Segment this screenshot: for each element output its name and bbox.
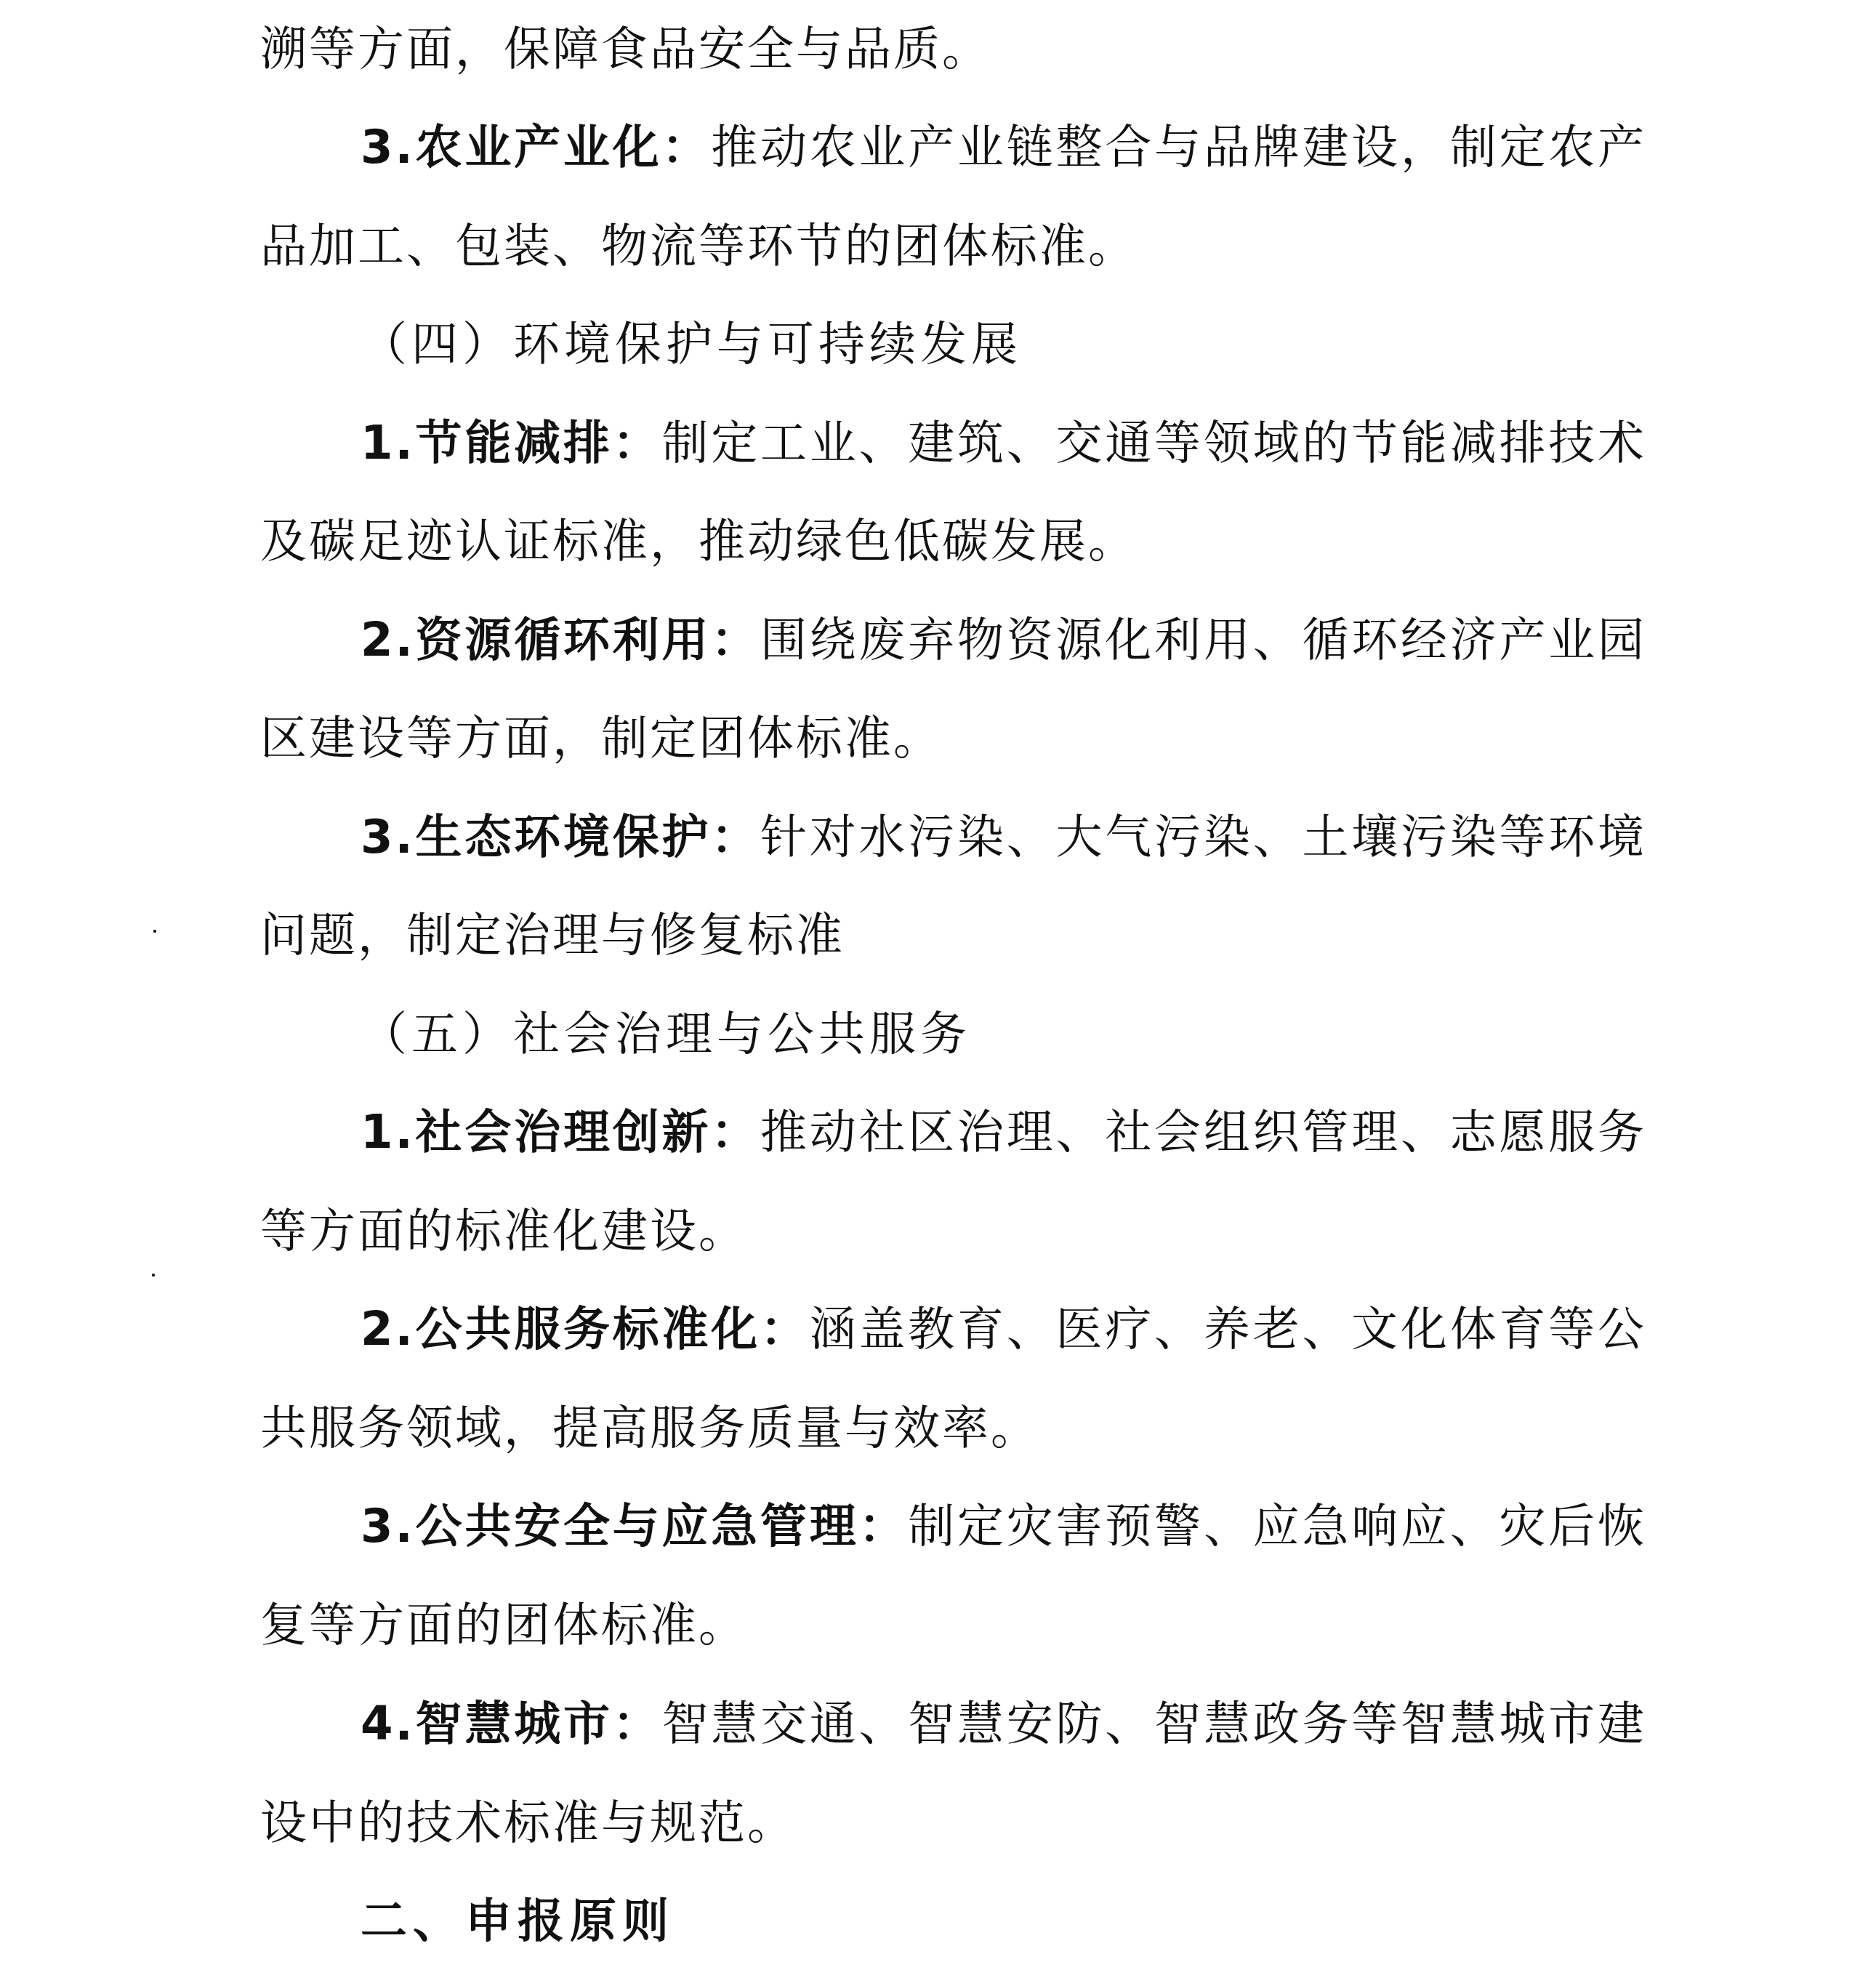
body-text: 制定工业、建筑、交通等领域的节能减排技术 [661, 417, 1646, 470]
list-item-resource-recycling: 2.资源循环利用：围绕废弃物资源化利用、循环经济产业园 [260, 604, 1646, 677]
paragraph-line: 设中的技术标准与规范。 [260, 1787, 1646, 1860]
body-text: 涵盖教育、医疗、养老、文化体育等公 [810, 1303, 1646, 1356]
paragraph-line: 问题，制定治理与修复标准 [260, 899, 1646, 972]
paragraph-line: 区建设等方面，制定团体标准。 [260, 702, 1646, 775]
list-item-public-service: 2.公共服务标准化：涵盖教育、医疗、养老、文化体育等公 [260, 1293, 1646, 1366]
item-lead: 2.资源循环利用： [361, 614, 760, 667]
item-lead: 2.公共服务标准化： [361, 1303, 810, 1356]
body-text: 溯等方面，保障食品安全与品质。 [260, 23, 991, 76]
body-text: 共服务领域，提高服务质量与效率。 [260, 1402, 1039, 1455]
chapter-title: 二、申报原则 [361, 1894, 675, 1948]
body-text: 针对水污染、大气污染、土壤污染等环境 [760, 811, 1646, 864]
item-lead: 3.生态环境保护： [361, 811, 760, 864]
chapter-heading-2: 二、申报原则 [260, 1885, 1646, 1958]
body-text: 智慧交通、智慧安防、智慧政务等智慧城市建 [661, 1697, 1646, 1751]
section-title: （四）环境保护与可持续发展 [361, 318, 1022, 371]
paragraph-line: 溯等方面，保障食品安全与品质。 [260, 13, 1646, 86]
item-lead: 3.公共安全与应急管理： [361, 1500, 908, 1553]
paragraph-line: 共服务领域，提高服务质量与效率。 [260, 1392, 1646, 1465]
list-item-energy-saving: 1.节能减排：制定工业、建筑、交通等领域的节能减排技术 [260, 407, 1646, 480]
section-heading-4: （四）环境保护与可持续发展 [260, 308, 1646, 381]
body-text: 问题，制定治理与修复标准 [260, 909, 845, 962]
list-item-social-governance: 1.社会治理创新：推动社区治理、社会组织管理、志愿服务 [260, 1096, 1646, 1169]
body-text: 区建设等方面，制定团体标准。 [260, 712, 942, 765]
item-lead: 4.智慧城市： [361, 1697, 661, 1751]
paragraph-line: 及碳足迹认证标准，推动绿色低碳发展。 [260, 505, 1646, 578]
item-lead: 1.社会治理创新： [361, 1106, 760, 1159]
paragraph-line: 品加工、包装、物流等环节的团体标准。 [260, 210, 1646, 283]
body-text: 复等方面的团体标准。 [260, 1599, 747, 1652]
body-text: 围绕废弃物资源化利用、循环经济产业园 [760, 614, 1646, 667]
body-text: 及碳足迹认证标准，推动绿色低碳发展。 [260, 515, 1137, 568]
paragraph-line: 复等方面的团体标准。 [260, 1589, 1646, 1662]
list-item-agri-industrialization: 3.农业产业化：推动农业产业链整合与品牌建设，制定农产 [260, 111, 1646, 184]
body-text: 推动社区治理、社会组织管理、志愿服务 [760, 1106, 1646, 1159]
body-text: 设中的技术标准与规范。 [260, 1796, 796, 1850]
document-page: 溯等方面，保障食品安全与品质。 3.农业产业化：推动农业产业链整合与品牌建设，制… [0, 0, 1876, 1978]
item-lead: 1.节能减排： [361, 417, 661, 470]
body-text: 等方面的标准化建设。 [260, 1205, 747, 1258]
body-text: 推动农业产业链整合与品牌建设，制定农产 [711, 121, 1646, 174]
body-text: 制定灾害预警、应急响应、灾后恢 [908, 1500, 1646, 1553]
section-heading-5: （五）社会治理与公共服务 [260, 998, 1646, 1071]
item-lead: 3.农业产业化： [361, 121, 711, 174]
list-item-eco-protection: 3.生态环境保护：针对水污染、大气污染、土壤污染等环境 [260, 801, 1646, 874]
margin-mark [152, 1274, 155, 1277]
paragraph-line: 等方面的标准化建设。 [260, 1195, 1646, 1268]
body-text: 品加工、包装、物流等环节的团体标准。 [260, 220, 1137, 273]
list-item-public-safety: 3.公共安全与应急管理：制定灾害预警、应急响应、灾后恢 [260, 1490, 1646, 1563]
section-title: （五）社会治理与公共服务 [361, 1008, 971, 1061]
margin-mark [153, 930, 156, 933]
list-item-smart-city: 4.智慧城市：智慧交通、智慧安防、智慧政务等智慧城市建 [260, 1688, 1646, 1761]
